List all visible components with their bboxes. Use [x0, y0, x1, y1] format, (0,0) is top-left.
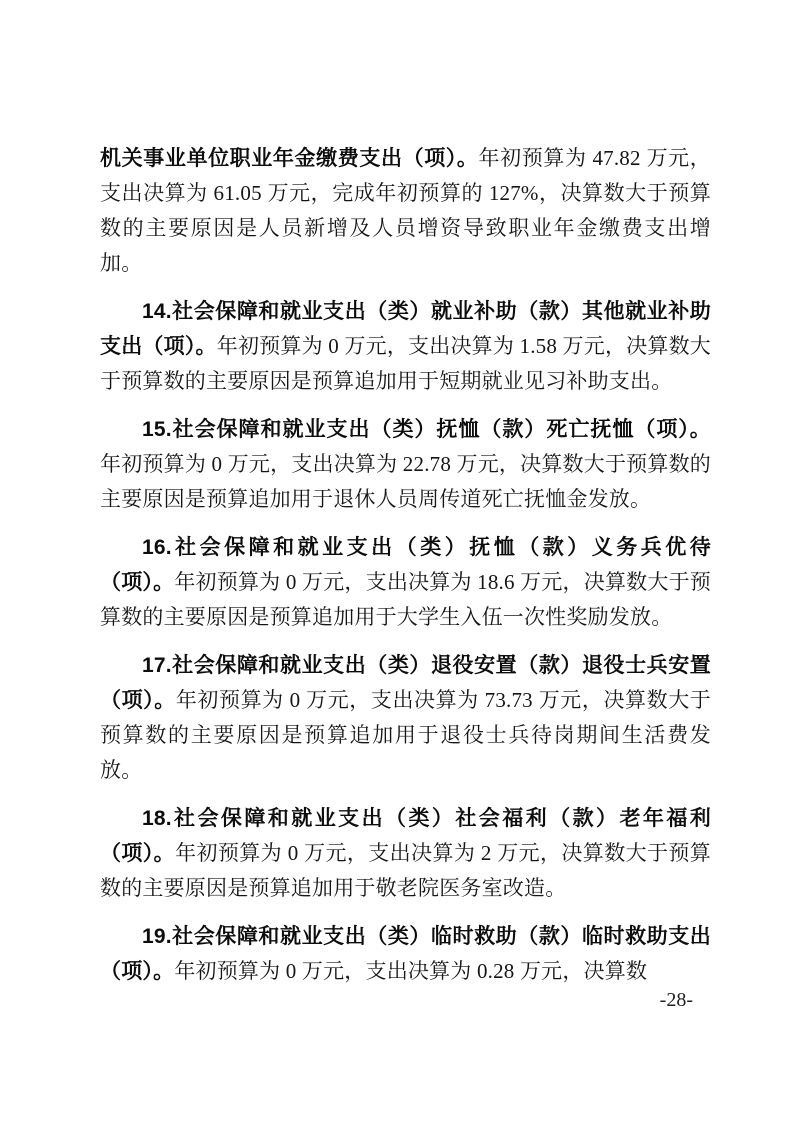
item-17-body: 年初预算为 0 万元，支出决算为 73.73 万元，决算数大于预算数的主要原因是…: [100, 688, 711, 782]
item-16-body: 年初预算为 0 万元，支出决算为 18.6 万元，决算数大于预算数的主要原因是预…: [100, 570, 711, 629]
paragraph-item-17: 17.社会保障和就业支出（类）退役安置（款）退役士兵安置（项）。年初预算为 0 …: [100, 648, 711, 788]
paragraph-item-14: 14.社会保障和就业支出（类）就业补助（款）其他就业补助支出（项）。年初预算为 …: [100, 294, 711, 399]
paragraph-item-16: 16.社会保障和就业支出（类）抚恤（款）义务兵优待（项）。年初预算为 0 万元，…: [100, 530, 711, 635]
item-15-body: 年初预算为 0 万元，支出决算为 22.78 万元，决算数大于预算数的主要原因是…: [100, 452, 711, 511]
paragraph-item-19: 19.社会保障和就业支出（类）临时救助（款）临时救助支出（项）。年初预算为 0 …: [100, 919, 711, 989]
document-page: 机关事业单位职业年金缴费支出（项）。年初预算为 47.82 万元，支出决算为 6…: [0, 0, 793, 1122]
item-13-heading: 机关事业单位职业年金缴费支出（项）。: [100, 147, 479, 170]
page-number: -28-: [660, 988, 693, 1012]
paragraph-item-15: 15.社会保障和就业支出（类）抚恤（款）死亡抚恤（项）。年初预算为 0 万元，支…: [100, 412, 711, 517]
paragraph-item-18: 18.社会保障和就业支出（类）社会福利（款）老年福利（项）。年初预算为 0 万元…: [100, 801, 711, 906]
item-18-body: 年初预算为 0 万元，支出决算为 2 万元，决算数大于预算数的主要原因是预算追加…: [100, 841, 711, 900]
item-15-heading: 15.社会保障和就业支出（类）抚恤（款）死亡抚恤（项）。: [142, 418, 711, 441]
item-19-body: 年初预算为 0 万元，支出决算为 0.28 万元，决算数: [174, 959, 647, 983]
paragraph-item-13-continuation: 机关事业单位职业年金缴费支出（项）。年初预算为 47.82 万元，支出决算为 6…: [100, 141, 711, 281]
document-content: 机关事业单位职业年金缴费支出（项）。年初预算为 47.82 万元，支出决算为 6…: [100, 141, 711, 989]
